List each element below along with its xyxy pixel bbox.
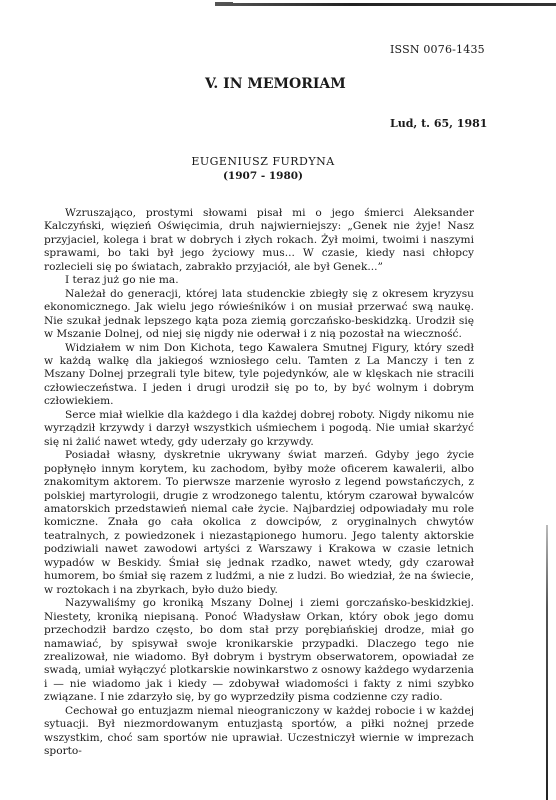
paragraph: I teraz już go nie ma. (44, 274, 474, 287)
paragraph: Posiadał własny, dyskretnie ukrywany świ… (44, 449, 474, 597)
scan-top-edge (215, 3, 556, 6)
paragraph: Należał do generacji, której lata studen… (44, 288, 474, 342)
scan-right-edge (546, 525, 548, 800)
paragraph: Wzruszająco, prostymi słowami pisał mi o… (44, 207, 474, 274)
paragraph: Widziałem w nim Don Kichota, tego Kawale… (44, 342, 474, 409)
journal-reference: Lud, t. 65, 1981 (390, 117, 487, 130)
article-body: Wzruszająco, prostymi słowami pisał mi o… (44, 207, 474, 759)
author-name: EUGENIUSZ FURDYNA (0, 155, 526, 168)
section-title-text: V. IN MEMORIAM (205, 76, 346, 92)
life-dates: (1907 - 1980) (0, 170, 526, 182)
paragraph: Cechował go entuzjazm niemal nieogranicz… (44, 705, 474, 759)
paragraph: Nazywaliśmy go kroniką Mszany Dolnej i z… (44, 597, 474, 705)
paragraph: Serce miał wielkie dla każdego i dla każ… (44, 409, 474, 449)
issn-label: ISSN 0076-1435 (390, 43, 485, 56)
